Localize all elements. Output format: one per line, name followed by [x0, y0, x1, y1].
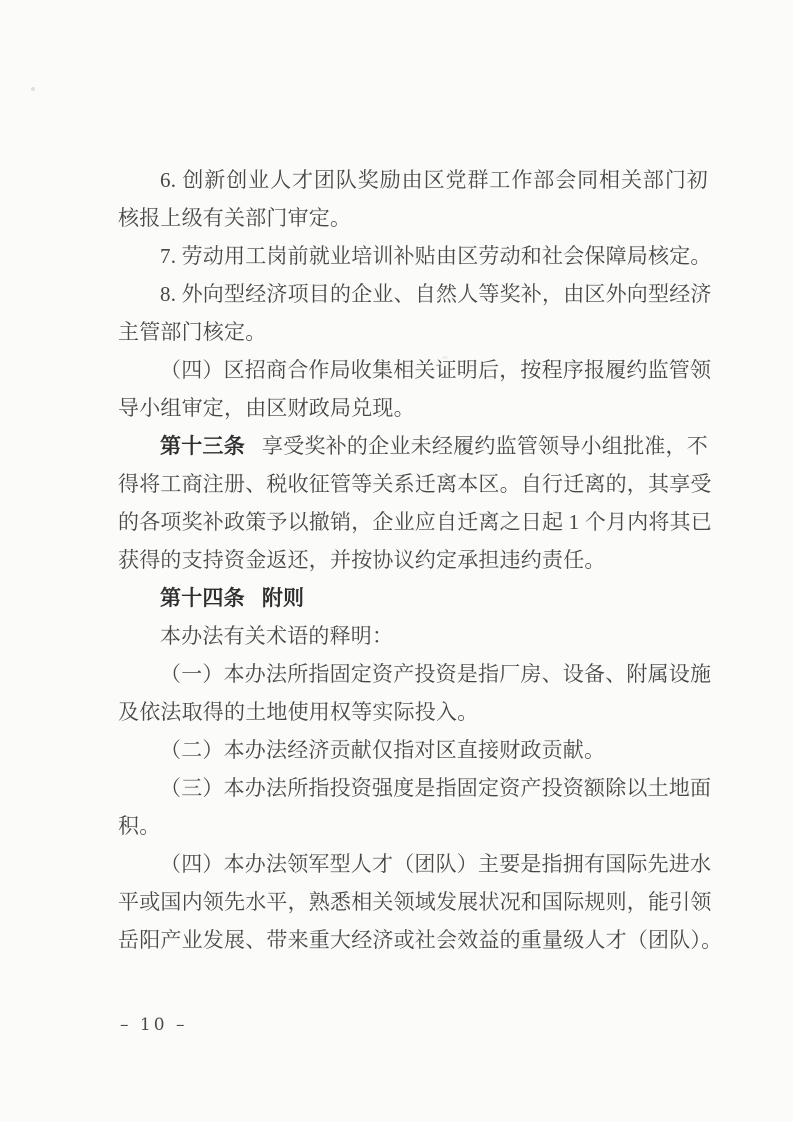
text-line: 积。	[118, 807, 708, 845]
text-segment: 积。	[118, 814, 160, 838]
text-segment: （四）区招商合作局收集相关证明后，按程序报履约监管领	[160, 358, 711, 382]
text-line: 核报上级有关部门审定。	[118, 199, 708, 237]
text-segment: 本办法有关术语的释明：	[160, 624, 393, 648]
scanned-document-page: 6. 创新创业人才团队奖励由区党群工作部会同相关部门初核报上级有关部门审定。7.…	[0, 0, 793, 1122]
text-line: （四）本办法领军型人才（团队）主要是指拥有国际先进水	[118, 845, 708, 883]
text-line: （二）本办法经济贡献仅指对区直接财政贡献。	[118, 731, 708, 769]
paragraph: （一）本办法所指固定资产投资是指厂房、设备、附属设施及依法取得的土地使用权等实际…	[118, 655, 708, 731]
paragraph: 8. 外向型经济项目的企业、自然人等奖补，由区外向型经济主管部门核定。	[118, 275, 708, 351]
text-segment: 核报上级有关部门审定。	[118, 206, 351, 230]
text-segment: （一）本办法所指固定资产投资是指厂房、设备、附属设施	[160, 662, 711, 686]
text-segment: 平或国内领先水平，熟悉相关领域发展状况和国际规则，能引领	[118, 890, 712, 914]
text-segment: 7. 劳动用工岗前就业培训补贴由区劳动和社会保障局核定。	[160, 244, 712, 268]
text-segment: 得将工商注册、税收征管等关系迁离本区。自行迁离的，其享受	[118, 472, 712, 496]
text-segment: （二）本办法经济贡献仅指对区直接财政贡献。	[160, 738, 605, 762]
paragraph: （二）本办法经济贡献仅指对区直接财政贡献。	[118, 731, 708, 769]
text-line: 主管部门核定。	[118, 313, 708, 351]
text-line: 得将工商注册、税收征管等关系迁离本区。自行迁离的，其享受	[118, 465, 708, 503]
text-segment: （三）本办法所指投资强度是指固定资产投资额除以土地面	[160, 776, 711, 800]
text-line: 的各项奖补政策予以撤销，企业应自迁离之日起 1 个月内将其已	[118, 503, 708, 541]
text-line: 获得的支持资金返还，并按协议约定承担违约责任。	[118, 541, 708, 579]
text-line: 导小组审定，由区财政局兑现。	[118, 389, 708, 427]
text-line: 7. 劳动用工岗前就业培训补贴由区劳动和社会保障局核定。	[118, 237, 708, 275]
text-line: 及依法取得的土地使用权等实际投入。	[118, 693, 708, 731]
text-line: 第十三条享受奖补的企业未经履约监管领导小组批准，不	[118, 427, 708, 465]
document-body: 6. 创新创业人才团队奖励由区党群工作部会同相关部门初核报上级有关部门审定。7.…	[118, 161, 708, 959]
text-segment: 获得的支持资金返还，并按协议约定承担违约责任。	[118, 548, 606, 572]
text-line: 第十四条附则	[118, 579, 708, 617]
text-segment: 及依法取得的土地使用权等实际投入。	[118, 700, 478, 724]
text-segment: 的各项奖补政策予以撤销，企业应自迁离之日起 1 个月内将其已	[118, 510, 712, 534]
text-line: 岳阳产业发展、带来重大经济或社会效益的重量级人才（团队）。	[118, 921, 708, 959]
text-segment: 享受奖补的企业未经履约监管领导小组批准，不	[262, 434, 708, 458]
paragraph: 第十四条附则	[118, 579, 708, 617]
paragraph: 第十三条享受奖补的企业未经履约监管领导小组批准，不得将工商注册、税收征管等关系迁…	[118, 427, 708, 579]
text-line: （三）本办法所指投资强度是指固定资产投资额除以土地面	[118, 769, 708, 807]
text-line: 6. 创新创业人才团队奖励由区党群工作部会同相关部门初	[118, 161, 708, 199]
paragraph: （四）区招商合作局收集相关证明后，按程序报履约监管领导小组审定，由区财政局兑现。	[118, 351, 708, 427]
text-segment: 岳阳产业发展、带来重大经济或社会效益的重量级人才（团队）。	[118, 928, 722, 952]
paragraph: （四）本办法领军型人才（团队）主要是指拥有国际先进水平或国内领先水平，熟悉相关领…	[118, 845, 708, 959]
text-line: 8. 外向型经济项目的企业、自然人等奖补，由区外向型经济	[118, 275, 708, 313]
text-segment: 8. 外向型经济项目的企业、自然人等奖补，由区外向型经济	[160, 282, 712, 306]
text-segment: 6. 创新创业人才团队奖励由区党群工作部会同相关部门初	[160, 168, 708, 192]
scan-speck	[31, 87, 35, 91]
paragraph: （三）本办法所指投资强度是指固定资产投资额除以土地面积。	[118, 769, 708, 845]
text-segment: （四）本办法领军型人才（团队）主要是指拥有国际先进水	[160, 852, 711, 876]
page-number: – 10 –	[120, 1013, 187, 1037]
article-heading: 附则	[262, 586, 304, 610]
text-line: 本办法有关术语的释明：	[118, 617, 708, 655]
paragraph: 本办法有关术语的释明：	[118, 617, 708, 655]
paragraph: 7. 劳动用工岗前就业培训补贴由区劳动和社会保障局核定。	[118, 237, 708, 275]
article-heading: 第十四条	[160, 586, 245, 610]
text-line: （四）区招商合作局收集相关证明后，按程序报履约监管领	[118, 351, 708, 389]
text-line: 平或国内领先水平，熟悉相关领域发展状况和国际规则，能引领	[118, 883, 708, 921]
text-line: （一）本办法所指固定资产投资是指厂房、设备、附属设施	[118, 655, 708, 693]
article-heading: 第十三条	[160, 434, 245, 458]
paragraph: 6. 创新创业人才团队奖励由区党群工作部会同相关部门初核报上级有关部门审定。	[118, 161, 708, 237]
text-segment: 导小组审定，由区财政局兑现。	[118, 396, 415, 420]
text-segment: 主管部门核定。	[118, 320, 266, 344]
